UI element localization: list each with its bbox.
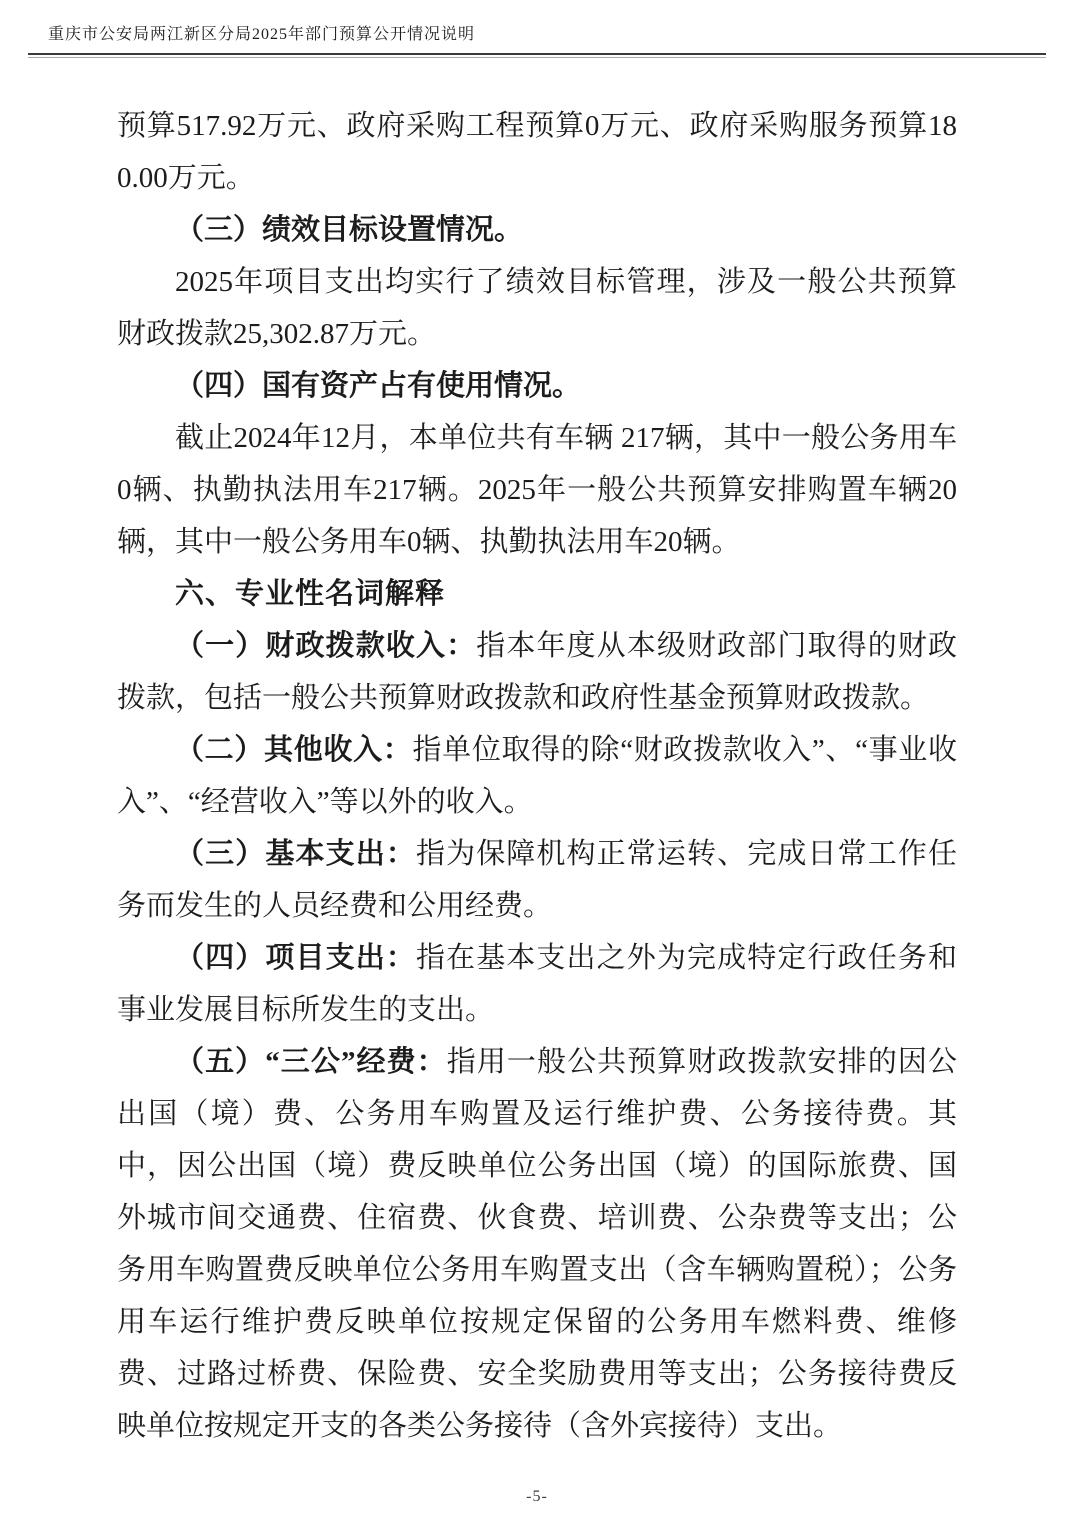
term-lead: （一）财政拨款收入： <box>175 630 476 662</box>
term-definition: 指用一般公共预算财政拨款安排的因公出国（境）费、公务用车购置及运行维护费、公务接… <box>117 1046 957 1442</box>
subheading-state-assets: （四）国有资产占有使用情况。 <box>117 360 957 412</box>
term-other-income: （二）其他收入：指单位取得的除“财政拨款收入”、“事业收入”、“经营收入”等以外… <box>117 724 957 828</box>
page-number: -5- <box>526 1488 548 1505</box>
document-page: { "header": { "title": "重庆市公安局两江新区分局2025… <box>0 0 1074 1520</box>
term-project-expenditure: （四）项目支出：指在基本支出之外为完成特定行政任务和事业发展目标所发生的支出。 <box>117 932 957 1036</box>
term-basic-expenditure: （三）基本支出：指为保障机构正常运转、完成日常工作任务而发生的人员经费和公用经费… <box>117 828 957 932</box>
term-lead: （二）其他收入： <box>175 734 412 766</box>
subheading-performance-targets: （三）绩效目标设置情况。 <box>117 204 957 256</box>
header-title: 重庆市公安局两江新区分局2025年部门预算公开情况说明 <box>28 24 1046 46</box>
term-lead: （五）“三公”经费： <box>175 1046 447 1078</box>
term-lead: （四）项目支出： <box>175 942 416 974</box>
header-rule-dark <box>28 53 1046 55</box>
paragraph-budget-continuation: 预算517.92万元、政府采购工程预算0万元、政府采购服务预算180.00万元。 <box>117 100 957 204</box>
page-footer: -5- <box>0 1488 1074 1506</box>
term-lead: （三）基本支出： <box>175 838 416 870</box>
page-header: 重庆市公安局两江新区分局2025年部门预算公开情况说明 <box>28 24 1046 58</box>
term-fiscal-appropriation-income: （一）财政拨款收入：指本年度从本级财政部门取得的财政拨款，包括一般公共预算财政拨… <box>117 620 957 724</box>
paragraph-state-assets: 截止2024年12月，本单位共有车辆 217辆，其中一般公务用车0辆、执勤执法用… <box>117 412 957 568</box>
section-heading-terms: 六、专业性名词解释 <box>117 568 957 620</box>
header-rule-light <box>28 57 1046 58</box>
paragraph-performance-targets: 2025年项目支出均实行了绩效目标管理，涉及一般公共预算财政拨款25,302.8… <box>117 256 957 360</box>
document-body: 预算517.92万元、政府采购工程预算0万元、政府采购服务预算180.00万元。… <box>117 100 957 1452</box>
term-three-public-funds: （五）“三公”经费：指用一般公共预算财政拨款安排的因公出国（境）费、公务用车购置… <box>117 1036 957 1452</box>
